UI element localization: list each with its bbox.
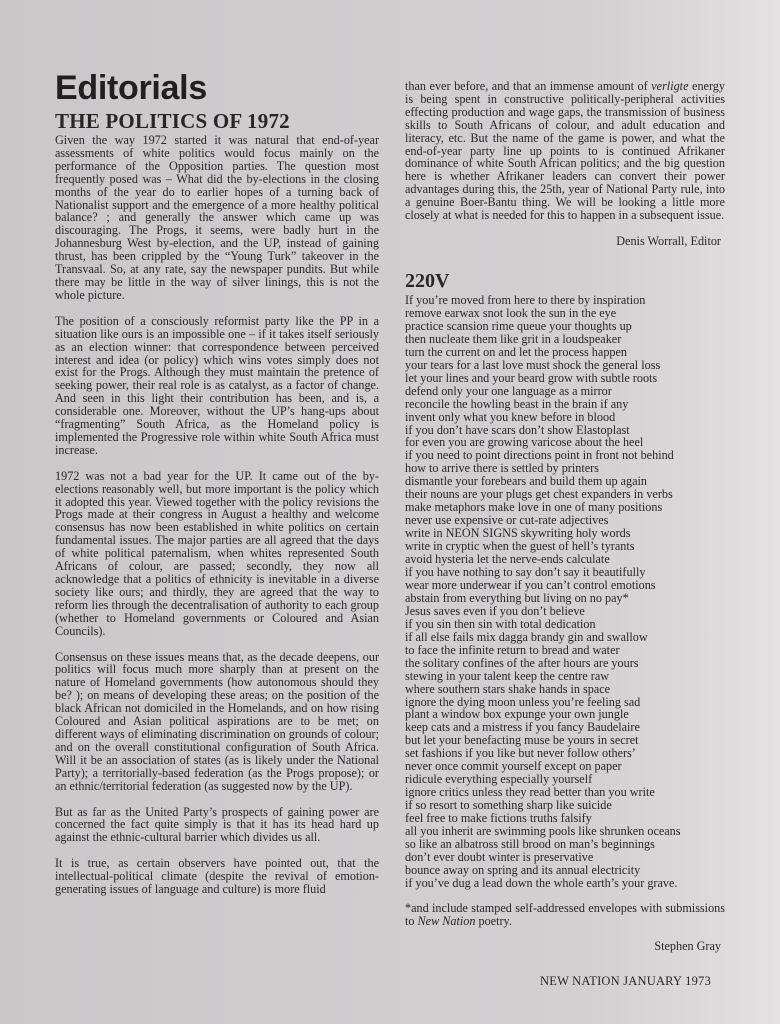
poem-line: Jesus saves even if you don’t believe [405, 605, 725, 618]
poem-line: to face the infinite return to bread and… [405, 644, 725, 657]
poem-line: stewing in your talent keep the centre r… [405, 670, 725, 683]
editor-signature: Denis Worrall, Editor [405, 235, 721, 248]
left-column: Editorials THE POLITICS OF 1972 Given th… [55, 70, 379, 896]
section-masthead: Editorials [55, 70, 379, 106]
poem-line: bounce away on spring and its annual ele… [405, 864, 725, 877]
editorial-paragraph: Given the way 1972 started it was natura… [55, 134, 379, 302]
poem-line: so like an albatross still brood on man’… [405, 838, 725, 851]
poem-line: if all else fails mix dagga brandy gin a… [405, 631, 725, 644]
poet-signature: Stephen Gray [405, 940, 721, 953]
continuation-text: than ever before, and that an immense am… [405, 79, 651, 93]
magazine-page: Editorials THE POLITICS OF 1972 Given th… [0, 0, 780, 1024]
poem-line: reconcile the howling beast in the brain… [405, 398, 725, 411]
poem-line: practice scansion rime queue your though… [405, 320, 725, 333]
continuation-text: energy is being spent in constructive po… [405, 79, 725, 222]
right-column: than ever before, and that an immense am… [405, 80, 725, 953]
publication-name: New Nation [418, 914, 476, 928]
editorial-paragraph: Consensus on these issues means that, as… [55, 651, 379, 793]
editorial-continuation: than ever before, and that an immense am… [405, 80, 725, 222]
poem-line: don’t ever doubt winter is preservative [405, 851, 725, 864]
poem-line: abstain from everything but living on no… [405, 592, 725, 605]
italic-term: verligte [651, 79, 688, 93]
poem-line: remove earwax snot look the sun in the e… [405, 307, 725, 320]
editorial-paragraph: It is true, as certain observers have po… [55, 857, 379, 896]
poem-line: if you have nothing to say don’t say it … [405, 566, 725, 579]
poem-line: if you sin then sin with total dedicatio… [405, 618, 725, 631]
poem-title: 220V [405, 270, 725, 292]
footnote-text: poetry. [475, 914, 511, 928]
editorial-paragraph: The position of a consciously reformist … [55, 315, 379, 457]
editorial-title: THE POLITICS OF 1972 [55, 110, 379, 132]
poem-line: turn the current on and let the process … [405, 346, 725, 359]
editorial-paragraph: 1972 was not a bad year for the UP. It c… [55, 470, 379, 638]
poem-body: If you’re moved from here to there by in… [405, 294, 725, 890]
poem-line: if you’ve dug a lead down the whole eart… [405, 877, 725, 890]
poem-line: where southern stars shake hands in spac… [405, 683, 725, 696]
poem-line: the solitary confines of the after hours… [405, 657, 725, 670]
poem-line: defend only your one language as a mirro… [405, 385, 725, 398]
poem-line: If you’re moved from here to there by in… [405, 294, 725, 307]
poem-line: wear more underwear if you can’t control… [405, 579, 725, 592]
poem-line: invent only what you knew before in bloo… [405, 411, 725, 424]
poem-footnote: *and include stamped self-addressed enve… [405, 902, 725, 928]
poem-line: your tears for a last love must shock th… [405, 359, 725, 372]
poem-line: let your lines and your beard grow with … [405, 372, 725, 385]
page-footer: NEW NATION JANUARY 1973 [540, 974, 711, 989]
poem-line: then nucleate them like grit in a loudsp… [405, 333, 725, 346]
editorial-paragraph: But as far as the United Party’s prospec… [55, 806, 379, 845]
